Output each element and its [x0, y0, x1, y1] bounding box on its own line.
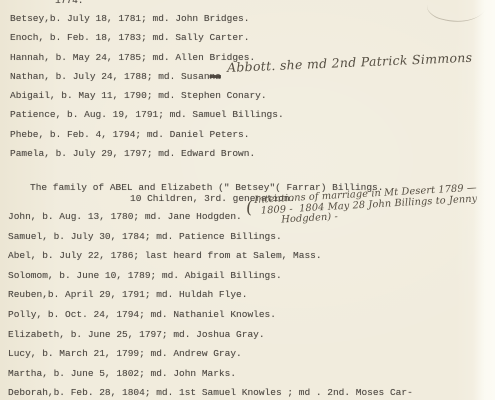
record-text: Patience, b. Aug. 19, 1791; md. Samuel B… — [10, 109, 284, 120]
record-line-lucy: Lucy, b. March 21, 1799; md. Andrew Gray… — [8, 344, 413, 364]
record-line-polly: Polly, b. Oct. 24, 1794; md. Nathaniel K… — [8, 305, 413, 325]
faint-pencil-mark — [425, 0, 490, 29]
cutoff-year-line: 1774. — [55, 0, 84, 6]
record-text: Abel, b. July 22, 1786; last heard from … — [8, 250, 322, 261]
record-text: Hannah, b. May 24, 1785; md. Allen Bridg… — [10, 52, 255, 63]
record-text: Betsey,b. July 18, 1781; md. John Bridge… — [10, 13, 249, 24]
record-line-enoch: Enoch, b. Feb. 18, 1783; md. Sally Carte… — [10, 28, 284, 47]
record-text: Polly, b. Oct. 24, 1794; md. Nathaniel K… — [8, 309, 276, 320]
record-line-phebe: Phebe, b. Feb. 4, 1794; md. Daniel Peter… — [10, 125, 284, 144]
record-line-elizabeth: Elizabeth, b. June 25, 1797; md. Joshua … — [8, 325, 413, 345]
record-text: John, b. Aug. 13, 1780; md. Jane Hodgden… — [8, 211, 242, 222]
record-line-reuben: Reuben,b. April 29, 1791; md. Huldah Fly… — [8, 285, 413, 305]
record-line-pamela: Pamela, b. July 29, 1797; md. Edward Bro… — [10, 144, 284, 163]
handwritten-paren: ( — [245, 198, 254, 219]
record-text: Lucy, b. March 21, 1799; md. Andrew Gray… — [8, 348, 242, 359]
record-line-martha: Martha, b. June 5, 1802; md. John Marks. — [8, 364, 413, 384]
scanned-genealogy-page: { "colors": { "paper": "#f1ecdd", "ink":… — [0, 0, 495, 400]
record-text: Phebe, b. Feb. 4, 1794; md. Daniel Peter… — [10, 129, 249, 140]
record-text: Abigail, b. May 11, 1790; md. Stephen Co… — [10, 90, 267, 101]
struck-out-text: na — [210, 71, 221, 82]
record-text: Deborah,b. Feb. 28, 1804; md. 1st Samuel… — [8, 387, 413, 398]
record-text: Nathan, b. July 24, 1788; md. Susan — [10, 71, 210, 82]
record-text: Reuben,b. April 29, 1791; md. Huldah Fly… — [8, 289, 247, 300]
record-text: Solomom, b. June 10, 1789; md. Abigail B… — [8, 270, 282, 281]
first-family-list: Betsey,b. July 18, 1781; md. John Bridge… — [10, 9, 284, 163]
record-line-patience: Patience, b. Aug. 19, 1791; md. Samuel B… — [10, 105, 284, 124]
second-family-list: John, b. Aug. 13, 1780; md. Jane Hodgden… — [8, 207, 413, 400]
record-text: Enoch, b. Feb. 18, 1783; md. Sally Carte… — [10, 32, 249, 43]
record-line-deborah: Deborah,b. Feb. 28, 1804; md. 1st Samuel… — [8, 383, 413, 400]
record-text: Samuel, b. July 30, 1784; md. Patience B… — [8, 231, 282, 242]
record-text: Elizabeth, b. June 25, 1797; md. Joshua … — [8, 329, 265, 340]
record-line-abel: Abel, b. July 22, 1786; last heard from … — [8, 246, 413, 266]
record-line-betsey: Betsey,b. July 18, 1781; md. John Bridge… — [10, 9, 284, 28]
record-line-samuel: Samuel, b. July 30, 1784; md. Patience B… — [8, 227, 413, 247]
record-line-solomon: Solomom, b. June 10, 1789; md. Abigail B… — [8, 266, 413, 286]
record-text: Pamela, b. July 29, 1797; md. Edward Bro… — [10, 148, 255, 159]
record-line-abigail: Abigail, b. May 11, 1790; md. Stephen Co… — [10, 86, 284, 105]
record-text: Martha, b. June 5, 1802; md. John Marks. — [8, 368, 236, 379]
